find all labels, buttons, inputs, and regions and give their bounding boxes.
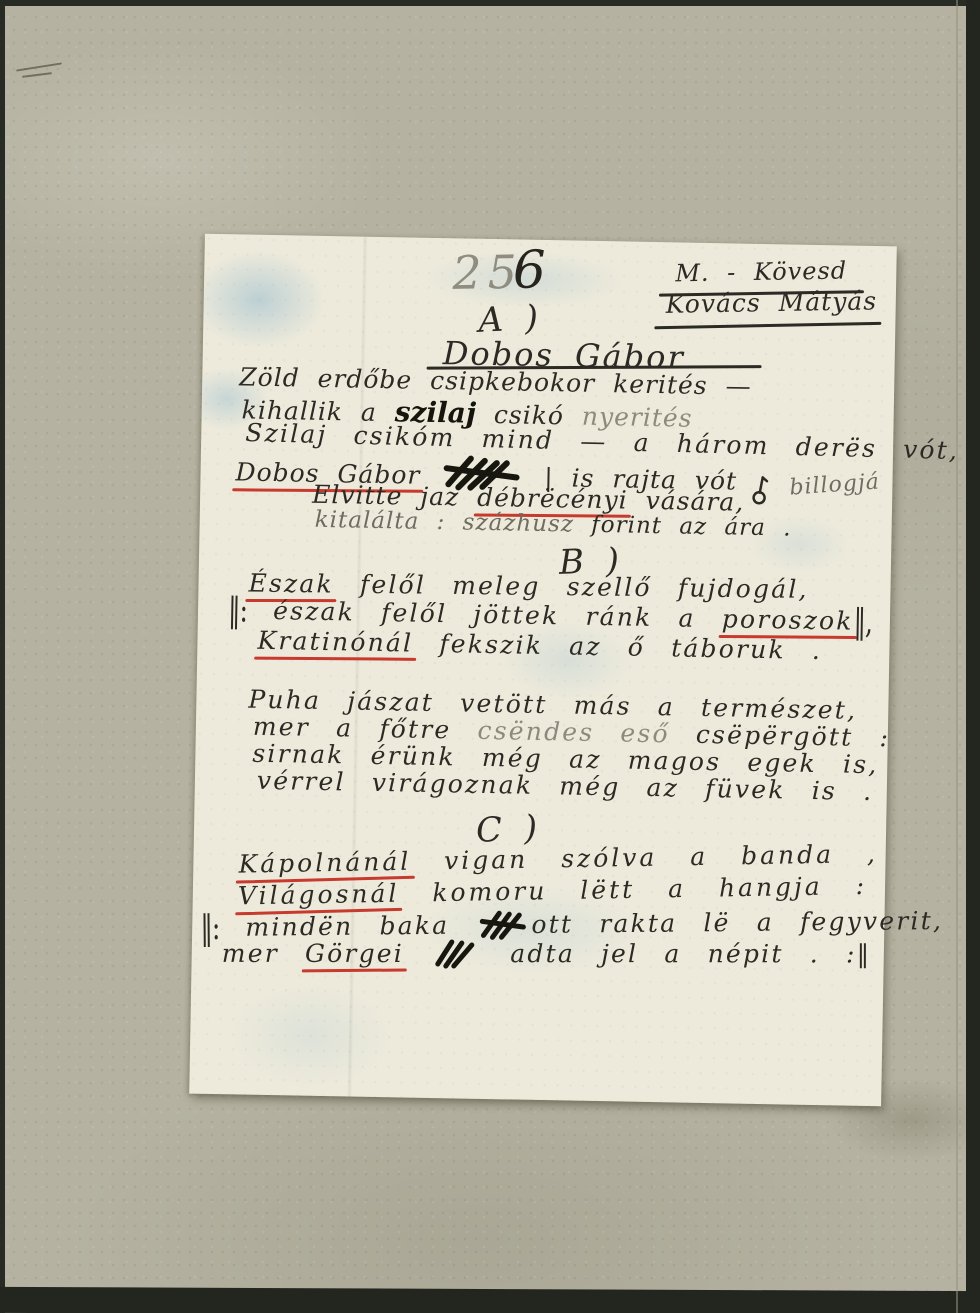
photo-edge-bottom: [0, 1287, 980, 1313]
overlined-segment: csipkebokor kerités —: [430, 366, 752, 401]
line-segment: adta jel a népit . :‖: [484, 939, 871, 968]
red-underlined-word: Észak: [248, 569, 334, 599]
line-segment: mer: [222, 939, 305, 968]
line-segment: Zöld erdőbe: [239, 362, 430, 394]
repeat-mark: ‖:: [228, 590, 248, 629]
photo-edge-top: [0, 0, 980, 6]
line-segment: fekszik az ő táboruk .: [413, 629, 822, 665]
margin-note-text: billogjá: [789, 469, 881, 500]
repeat-mark: ‖:: [200, 908, 219, 947]
photo-edge-right: [966, 0, 980, 1313]
page-number-ink: 6: [512, 240, 547, 301]
cattle-brand-icon: [750, 474, 772, 505]
attribution-collector: Kovács Mátyás: [666, 286, 878, 318]
manuscript-page: 256 M. - Kövesd Kovács Mátyás A ) Dobos …: [189, 234, 897, 1107]
red-underlined-word: poroszok: [722, 604, 854, 635]
photo-of-manuscript: 256 M. - Kövesd Kovács Mátyás A ) Dobos …: [0, 0, 980, 1313]
red-underlined-word: Kápolnánál: [238, 847, 411, 879]
red-underlined-word: Görgei: [305, 939, 404, 968]
photo-edge-left: [0, 0, 5, 1313]
repeat-mark: ‖,: [853, 602, 872, 641]
red-underlined-word: Világosnál: [238, 879, 400, 911]
line-segment: forint az ára .: [591, 512, 792, 542]
line-segment: ott rakta lë a fegyverit,: [531, 906, 943, 939]
ink-blot-icon: [432, 936, 482, 970]
red-underlined-word: Kratinónál: [257, 626, 413, 658]
song-line: mer Görgei adta jel a népit . :‖: [222, 936, 872, 971]
cardboard-edge-shadow: [956, 0, 958, 1313]
scratch-mark: [22, 72, 52, 78]
pencil-segment: kitalálta : százhusz: [314, 507, 591, 538]
attribution-underline: [654, 322, 881, 329]
page-number: 256: [452, 240, 548, 302]
attribution-place: M. - Kövesd: [675, 257, 847, 288]
scratch-mark: [16, 62, 62, 71]
line-segment: komoru lëtt a hangja :: [399, 871, 867, 908]
margin-note: billogjá: [748, 466, 881, 505]
